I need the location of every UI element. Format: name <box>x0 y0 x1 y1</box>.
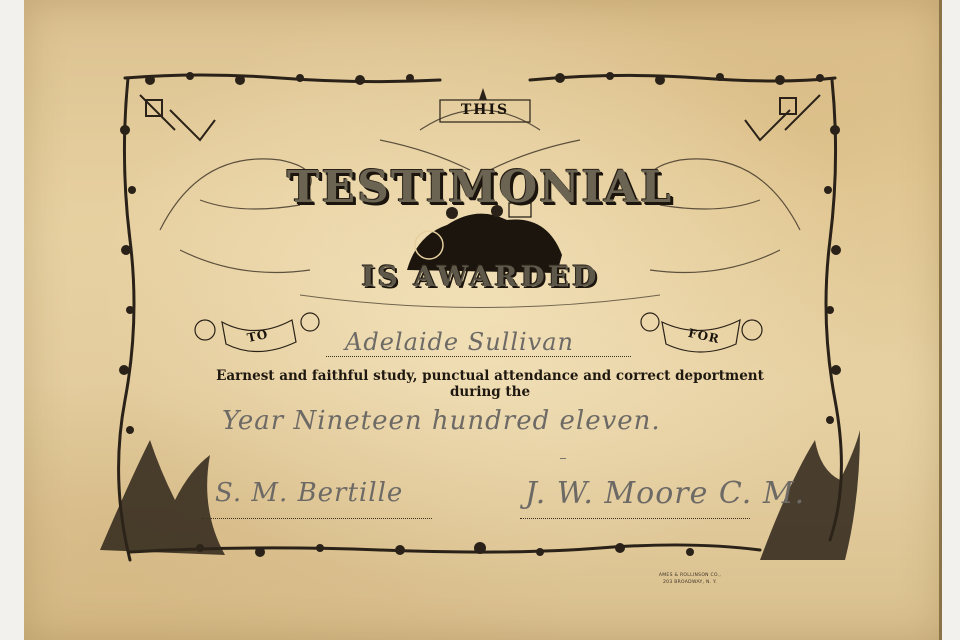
pencil-dash <box>560 458 566 459</box>
award-reason: Earnest and faithful study, punctual att… <box>200 368 780 400</box>
recipient-name: Adelaide Sullivan <box>345 328 574 356</box>
award-period: Year Nineteen hundred eleven. <box>222 406 661 436</box>
printer-imprint: AMES & ROLLINSON CO., 203 BROADWAY, N. Y… <box>640 572 740 586</box>
certificate-title: TESTIMONIAL <box>225 162 735 232</box>
signature-line-left <box>202 518 432 519</box>
signature-left: S. M. Bertille <box>215 478 403 508</box>
certificate-subtitle: IS AWARDED <box>318 260 643 300</box>
recipient-line <box>326 356 631 357</box>
printer-address: 203 BROADWAY, N. Y. <box>640 579 740 586</box>
signature-line-right <box>520 518 750 519</box>
signature-right: J. W. Moore C. M. <box>525 476 805 511</box>
header-word: THIS <box>440 96 530 124</box>
printer-name: AMES & ROLLINSON CO., <box>640 572 740 579</box>
